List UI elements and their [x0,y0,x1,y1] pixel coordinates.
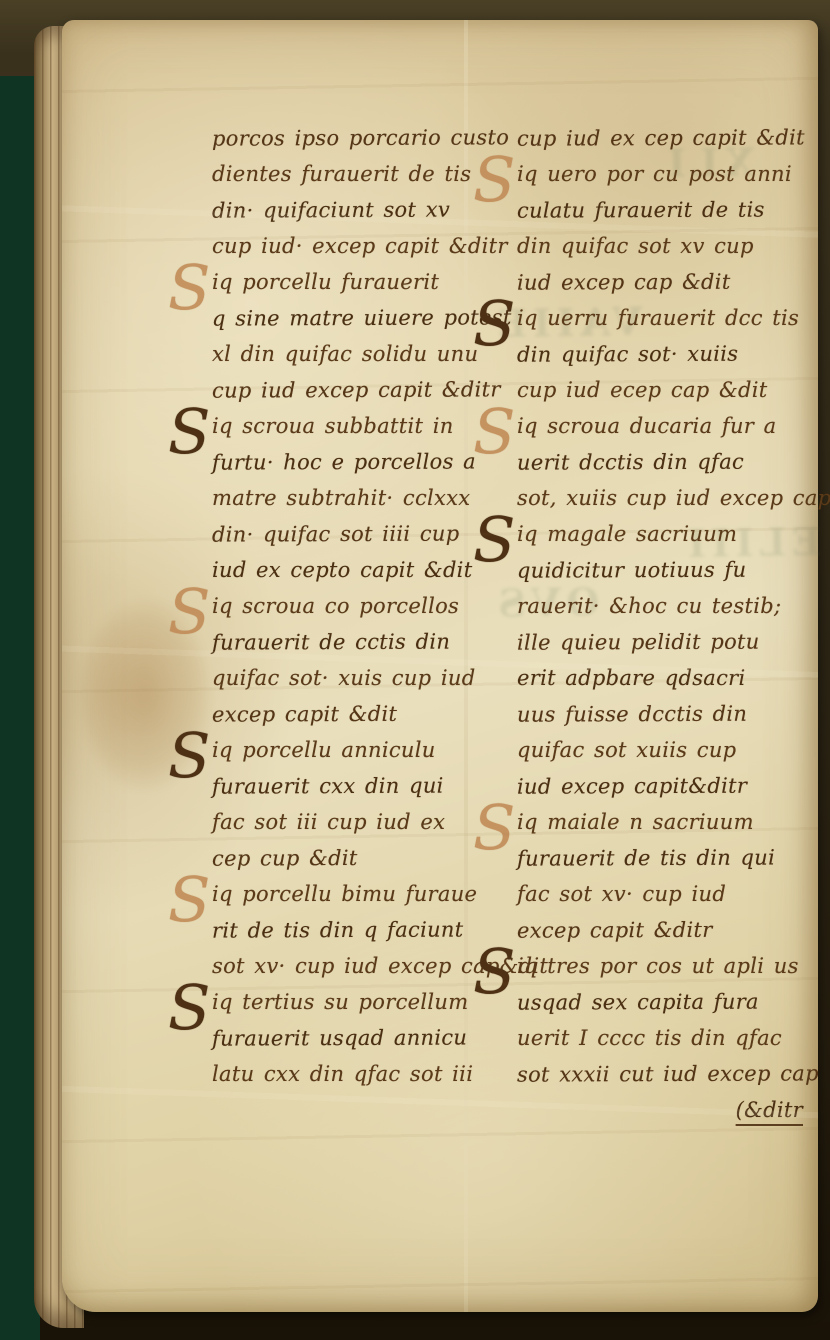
text-section: Siq scroua co porcellosfurauerit de ccti… [212,588,490,732]
illuminated-initial-brown: S [168,978,210,1038]
manuscript-text-line: cup iud ecep cap &dit [517,372,817,408]
manuscript-text-line: furauerit de cctis din [212,623,490,660]
text-section: Siq uerru furauerit dcc tisdin quifac so… [517,300,817,408]
text-section: porcos ipso porcario custodientes furaue… [212,120,490,264]
manuscript-text-line: xl din quifac solidu unu [212,336,490,372]
manuscript-text-line: din· quifaciunt sot xv [212,191,490,228]
manuscript-text-line: din quifac sot xv cup [517,228,817,264]
text-section: Siq uero por cu post anniculatu furaueri… [517,156,817,300]
text-section: Siq scroua ducaria fur auerit dcctis din… [517,408,817,516]
parchment-stain [80,600,210,790]
illuminated-initial-brown: S [168,402,210,462]
manuscript-text-line: iq scroua subbattit in [212,408,490,444]
manuscript-text-line: iq porcellu anniculu [212,732,490,768]
text-section: Siq scroua subbattit infurtu· hoc e porc… [212,408,490,588]
illuminated-initial-orange: S [168,870,210,930]
manuscript-photo: XLIVAIIEOVSELIII porcos ipso porcario cu… [0,0,830,1340]
manuscript-text-line: din quifac sot· xuiis [517,335,817,372]
manuscript-text-line: sot xxxii cut iud excep cap [517,1055,817,1092]
manuscript-text-line: iud ex cepto capit &dit [212,552,490,588]
text-section: Siq porcellu furaueritq sine matre uiuer… [212,264,490,408]
text-section: Siq tertius su porcellumfurauerit usqad … [212,984,490,1092]
manuscript-text-line: rauerit· &hoc cu testib; [517,588,817,624]
manuscript-text-line: q sine matre uiuere potest [212,299,490,336]
manuscript-text-line: quifac sot· xuis cup iud [212,660,490,696]
manuscript-text-line: quidicitur uotiuus fu [517,551,817,588]
manuscript-text-line: furauerit cxx din qui [212,767,490,804]
manuscript-text-line: iq maiale n sacriuum [517,804,817,840]
manuscript-text-line: fac sot iii cup iud ex [212,804,490,840]
manuscript-text-line: iq porcellu furauerit [212,264,490,300]
text-column-left: porcos ipso porcario custodientes furaue… [212,120,490,1092]
manuscript-text-line: furauerit de tis din qui [517,839,817,876]
manuscript-text-line: excep capit &ditr [517,911,817,948]
manuscript-text-line: iud excep cap &dit [517,263,817,300]
text-section: Siq tres por cos ut apli ususqad sex cap… [517,948,817,1128]
manuscript-text-line: iud excep capit&ditr [517,767,817,804]
manuscript-text-line: uus fuisse dcctis din [517,695,817,732]
manuscript-text-line: ille quieu pelidit potu [517,623,817,660]
manuscript-text-line: sot, xuiis cup iud excep cap&d [517,480,817,516]
manuscript-text-line: furtu· hoc e porcellos a [212,443,490,480]
manuscript-text-line: iq scroua ducaria fur a [517,408,817,444]
manuscript-text-line: iq uerru furauerit dcc tis [517,300,817,336]
text-section: Siq porcellu anniculufurauerit cxx din q… [212,732,490,876]
manuscript-text-line: iq magale sacriuum [517,516,817,552]
manuscript-text-line: cep cup &dit [212,839,490,876]
manuscript-text-line: iq tertius su porcellum [212,984,490,1020]
text-column-right: cup iud ex cep capit &ditSiq uero por cu… [517,120,817,1128]
manuscript-page: XLIVAIIEOVSELIII porcos ipso porcario cu… [62,20,818,1312]
manuscript-text-line: iq scroua co porcellos [212,588,490,624]
illuminated-initial-orange: S [168,258,210,318]
manuscript-text-line: iq uero por cu post anni [517,156,817,192]
manuscript-text-line: matre subtrahit· cclxxx [212,480,490,516]
manuscript-text-line: iq porcellu bimu furaue [212,876,490,912]
manuscript-text-line: erit adpbare qdsacri [517,660,817,696]
manuscript-text-line: sot xv· cup iud excep cap&dit [212,948,490,984]
manuscript-text-line: cup iud ex cep capit &dit [517,119,817,156]
manuscript-text-line: quifac sot xuiis cup [517,732,817,768]
manuscript-text-line: rit de tis din q faciunt [212,911,490,948]
text-section: Siq maiale n sacriuumfurauerit de tis di… [517,804,817,948]
manuscript-text-line: latu cxx din qfac sot iii [212,1056,490,1092]
manuscript-text-line: fac sot xv· cup iud [517,876,817,912]
manuscript-text-line: culatu furauerit de tis [517,191,817,228]
manuscript-text-line: uerit I cccc tis din qfac [517,1020,817,1056]
manuscript-text-line: (&ditr [517,1092,817,1128]
manuscript-text-line: cup iud excep capit &ditr [212,371,490,408]
manuscript-text-line: din· quifac sot iiii cup [212,515,490,552]
manuscript-text-line: iq tres por cos ut apli us [517,948,817,984]
text-section: cup iud ex cep capit &dit [517,120,817,156]
text-section: Siq magale sacriuumquidicitur uotiuus fu… [517,516,817,804]
manuscript-text-line: porcos ipso porcario custo [212,119,490,156]
manuscript-text-line: dientes furauerit de tis [212,156,490,192]
text-section: Siq porcellu bimu furauerit de tis din q… [212,876,490,984]
manuscript-text-line: usqad sex capita fura [517,983,817,1020]
manuscript-text-line: uerit dcctis din qfac [517,443,817,480]
manuscript-text-line: excep capit &dit [212,695,490,732]
manuscript-text-line: furauerit usqad annicu [212,1019,490,1056]
manuscript-text-line: cup iud· excep capit &ditr [212,228,490,264]
